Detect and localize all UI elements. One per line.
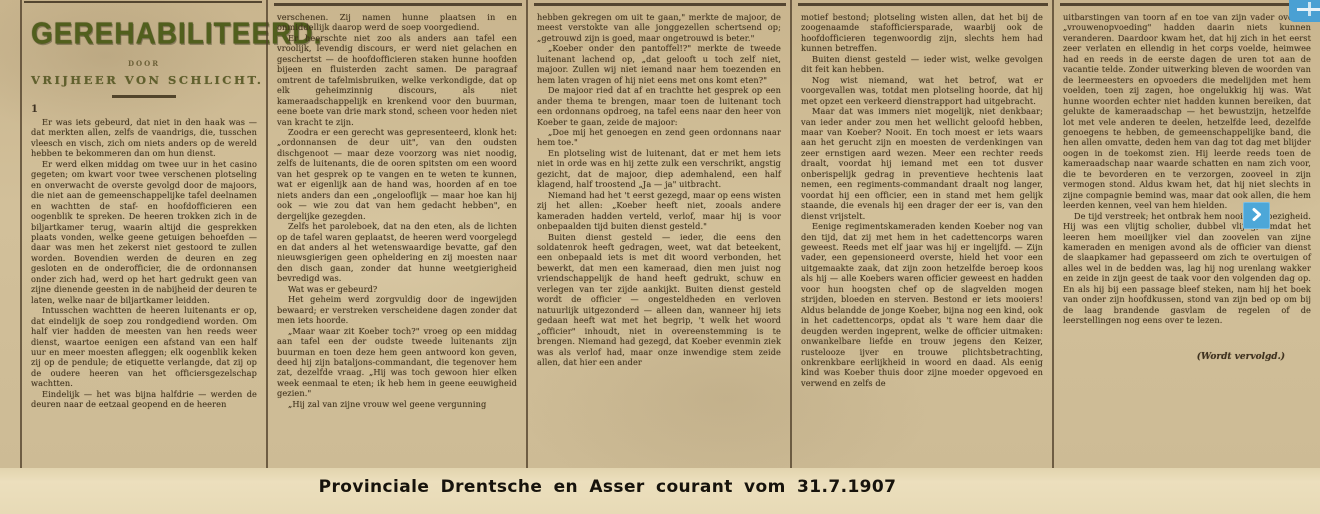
column-text: motief bestond; plotseling wisten allen,… xyxy=(801,12,1043,388)
source-caption: Provinciale Drentsche en Asser courant v… xyxy=(0,477,1215,497)
article-paragraph: „Hij zal van zijne vrouw wel geene vergu… xyxy=(277,399,517,409)
newspaper-clipping: GEREHABILITEERD. DOOR VRIJHEER VON SCHLI… xyxy=(0,0,1320,468)
article-paragraph: motief bestond; plotseling wisten allen,… xyxy=(801,12,1043,54)
article-paragraph: Er was iets gebeurd, dat niet in den haa… xyxy=(31,117,257,159)
article-column-3: hebben gekregen om uit te gaan," merkte … xyxy=(526,0,790,468)
chevron-right-icon xyxy=(1249,207,1264,225)
article-paragraph: Het geheim werd zorgvuldig door de ingew… xyxy=(277,294,517,325)
article-paragraph: Buiten dienst gesteld — ieder wist, welk… xyxy=(801,54,1043,75)
article-paragraph: Nog wist niemand, wat het betrof, wat er… xyxy=(801,75,1043,106)
article-paragraph: „Maar waar zit Koeber toch?" vroeg op ee… xyxy=(277,326,517,399)
newspaper-scan-page: GEREHABILITEERD. DOOR VRIJHEER VON SCHLI… xyxy=(0,0,1320,514)
column-text: uitbarstingen van toorn af en toe van zi… xyxy=(1063,12,1311,326)
to-be-continued-note: (Wordt vervolgd.) xyxy=(1063,352,1311,362)
article-paragraph: verschenen. Zij namen hunne plaatsen in … xyxy=(277,12,517,33)
column-text: hebben gekregen om uit te gaan," merkte … xyxy=(537,12,781,367)
caption-strip: Provinciale Drentsche en Asser courant v… xyxy=(0,468,1320,514)
masthead: GEREHABILITEERD. DOOR VRIJHEER VON SCHLI… xyxy=(31,10,257,98)
next-page-button[interactable] xyxy=(1243,202,1270,229)
article-paragraph: Maar dat was immers niet mogelijk, niet … xyxy=(801,106,1043,221)
article-paragraph: Er werd elken middag om twee uur in het … xyxy=(31,159,257,305)
article-paragraph: Niemand had het 't eerst gezegd, maar op… xyxy=(537,190,781,232)
article-column-2: verschenen. Zij namen hunne plaatsen in … xyxy=(266,0,526,468)
article-paragraph: Intusschen wachtten de heeren luitenants… xyxy=(31,305,257,389)
article-paragraph: hebben gekregen om uit te gaan," merkte … xyxy=(537,12,781,43)
article-paragraph: uitbarstingen van toorn af en toe van zi… xyxy=(1063,12,1311,211)
column-top-rule xyxy=(24,1,262,3)
column-top-rule xyxy=(1060,3,1316,6)
column-top-rule xyxy=(534,3,786,6)
article-column-4: motief bestond; plotseling wisten allen,… xyxy=(790,0,1052,468)
article-paragraph: Zelfs het paroleboek, dat na den eten, a… xyxy=(277,221,517,284)
article-paragraph: De majoor ried dat af en trachtte het ge… xyxy=(537,85,781,127)
article-paragraph: De tijd verstreek; het ontbrak hem nooit… xyxy=(1063,211,1311,326)
article-columns: GEREHABILITEERD. DOOR VRIJHEER VON SCHLI… xyxy=(20,0,1320,468)
article-paragraph: Wat was er gebeurd? xyxy=(277,284,517,294)
article-title: GEREHABILITEERD. xyxy=(31,17,257,52)
column-text: Er was iets gebeurd, dat niet in den haa… xyxy=(31,117,257,410)
article-column-5: uitbarstingen van toorn af en toe van zi… xyxy=(1052,0,1320,468)
byline-divider xyxy=(112,95,176,98)
article-paragraph: „Koeber onder den pantoffel!?" merkte de… xyxy=(537,43,781,85)
article-paragraph: Eenige regimentskameraden kenden Koeber … xyxy=(801,221,1043,388)
article-paragraph: Zoodra er een gerecht was gepresenteerd,… xyxy=(277,127,517,221)
byline-prefix: DOOR xyxy=(31,59,257,68)
article-column-1: GEREHABILITEERD. DOOR VRIJHEER VON SCHLI… xyxy=(20,0,266,468)
column-top-rule xyxy=(274,3,522,6)
author-byline: VRIJHEER VON SCHLICHT. xyxy=(31,73,257,87)
article-paragraph: En plotseling wist de luitenant, dat er … xyxy=(537,148,781,190)
article-paragraph: Er heerschte niet zoo als anders aan taf… xyxy=(277,33,517,127)
section-number: 1 xyxy=(31,104,257,115)
column-top-rule xyxy=(798,3,1048,6)
article-paragraph: „Doe mij het genoegen en zend geen ordon… xyxy=(537,127,781,148)
column-text: verschenen. Zij namen hunne plaatsen in … xyxy=(277,12,517,409)
article-paragraph: Eindelijk — het was bijna halfdrie — wer… xyxy=(31,389,257,410)
article-paragraph: Buiten dienst gesteld — ieder, die eens … xyxy=(537,232,781,368)
corner-overlay-icon[interactable] xyxy=(1289,0,1320,22)
